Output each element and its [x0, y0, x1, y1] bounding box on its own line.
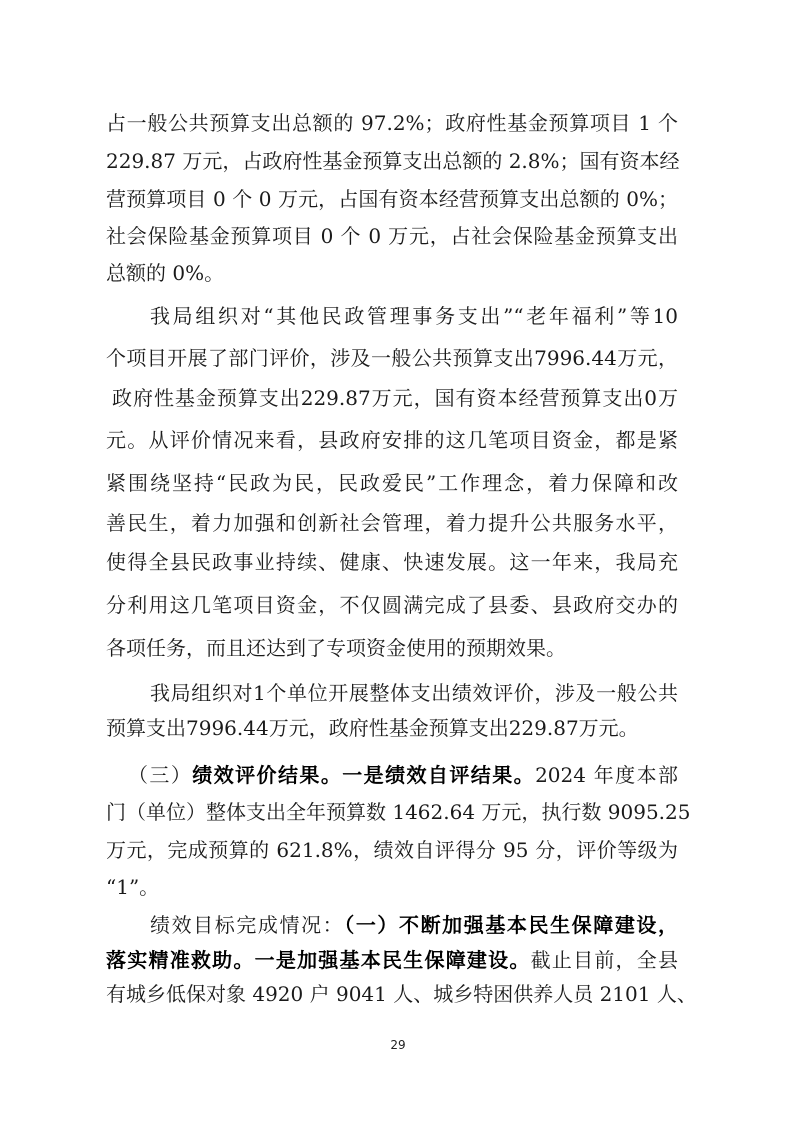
body-line: 政府性基金预算支出229.87万元，国有资本经营预算支出0万	[112, 383, 678, 413]
paragraph-start-line: 我局组织对1个单位开展整体支出绩效评价，涉及一般公共	[150, 678, 678, 708]
subsection-heading-line: 绩效目标完成情况：（一）不断加强基本民生保障建设，	[150, 910, 678, 940]
subsection-heading-line: 落实精准救助。一是加强基本民生保障建设。截止目前，全县	[106, 945, 678, 975]
subsection-heading-bold: 落实精准救助。一是加强基本民生保障建设。	[106, 948, 531, 972]
body-line: 各项任务，而且还达到了专项资金使用的预期效果。	[106, 633, 678, 663]
section-number: （三）	[128, 763, 192, 787]
body-line: 分利用这几笔项目资金，不仅圆满完成了县委、县政府交办的	[106, 590, 678, 620]
body-line: 门（单位）整体支出全年预算数 1462.64 万元，执行数 9095.25	[106, 797, 678, 827]
subsection-label: 绩效目标完成情况：	[150, 913, 344, 937]
section-heading-bold: 绩效评价结果。一是绩效自评结果。	[192, 763, 535, 787]
section-heading-line: （三）绩效评价结果。一是绩效自评结果。2024 年度本部	[128, 760, 678, 790]
body-line: 社会保险基金预算项目 0 个 0 万元，占社会保险基金预算支出	[106, 221, 678, 251]
body-text: 截止目前，全县	[531, 948, 678, 972]
body-line: 个项目开展了部门评价，涉及一般公共预算支出7996.44万元，	[106, 343, 678, 373]
body-line: 占一般公共预算支出总额的 97.2%；政府性基金预算项目 1 个	[106, 108, 678, 138]
body-line: 预算支出7996.44万元，政府性基金预算支出229.87万元。	[106, 713, 678, 743]
body-line: 紧围绕坚持“民政为民，民政爱民”工作理念，着力保障和改	[106, 468, 678, 498]
body-line: “1”。	[106, 872, 678, 902]
body-line: 善民生，着力加强和创新社会管理，着力提升公共服务水平，	[106, 508, 678, 538]
page-number: 29	[386, 1038, 410, 1052]
body-line: 元。从评价情况来看，县政府安排的这几笔项目资金，都是紧	[106, 425, 678, 455]
body-line: 总额的 0%。	[106, 258, 678, 288]
section-heading-text: 2024 年度本部	[535, 763, 678, 787]
document-page: 占一般公共预算支出总额的 97.2%；政府性基金预算项目 1 个 229.87 …	[0, 0, 793, 1122]
body-line: 229.87 万元，占政府性基金预算支出总额的 2.8%；国有资本经	[106, 146, 678, 176]
subsection-heading-bold: （一）不断加强基本民生保障建设，	[344, 913, 678, 937]
body-line: 有城乡低保对象 4920 户 9041 人、城乡特困供养人员 2101 人、	[106, 979, 678, 1009]
body-line: 使得全县民政事业持续、健康、快速发展。这一年来，我局充	[106, 547, 678, 577]
paragraph-start-line: 我局组织对“其他民政管理事务支出”“老年福利”等10	[150, 301, 678, 331]
body-line: 营预算项目 0 个 0 万元，占国有资本经营预算支出总额的 0%；	[106, 184, 678, 214]
body-line: 万元，完成预算的 621.8%，绩效自评得分 95 分，评价等级为	[106, 835, 678, 865]
